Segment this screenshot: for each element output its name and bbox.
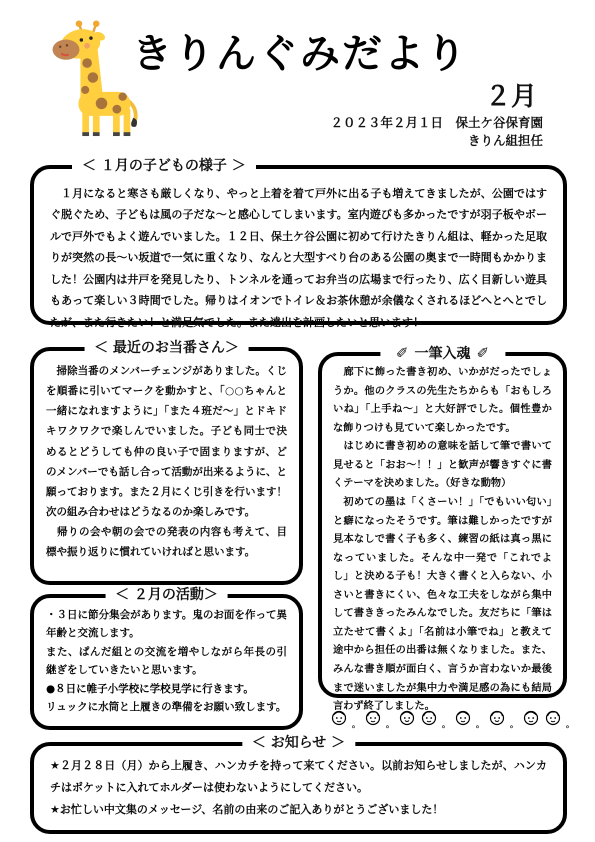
calligraphy-paragraph-1: 廊下に飾った書き初め、いかがだったでしょうか。他のクラスの先生たちからも「おもし… [333, 364, 552, 438]
pen-icon: ✐ [471, 344, 496, 362]
activities-line-1: ・３日に節分集会があります。鬼のお面を作って異年齢と交流します。 [46, 606, 287, 643]
duty-paragraph-1: 掃除当番のメンバーチェンジがありました。くじを順番に引いてマークを動かすと、「○… [46, 361, 287, 522]
child-face-icon [522, 708, 540, 726]
author-line: きりん組担任 [468, 131, 543, 149]
pen-icon: ✐ [390, 344, 415, 362]
section-february-activities: ＜ ２月の活動＞ ・３日に節分集会があります。鬼のお面を作って異年齢と交流します… [30, 594, 303, 730]
duty-paragraph-2: 帰りの会や朝の会での発表の内容も考えて、目標や振り返りに慣れていければと思います… [46, 522, 287, 562]
child-face-icon [330, 708, 348, 726]
stamp-dot: 。 [386, 719, 394, 730]
date-line: ２０２３年２月１日 保土ケ谷保育園 [330, 113, 543, 131]
activities-line-3: ●８日に帷子小学校に学校見学に行きます。 [46, 680, 287, 698]
section-duty: ＜ 最近のお当番さん＞ 掃除当番のメンバーチェンジがありました。くじを順番に引い… [30, 347, 303, 585]
section-january-report: ＜ １月の子どもの様子 ＞ １月になると寒さも厳しくなり、やっと上着を着て戸外に… [30, 165, 567, 325]
child-face-icon [488, 708, 506, 726]
section-heading-january: ＜ １月の子どもの様子 ＞ [72, 156, 256, 176]
notice-item-1: ★２月２８日（月）から上履き、ハンカチを持って来てください。以前お知らせしました… [50, 755, 547, 799]
section-heading-duty: ＜ 最近のお当番さん＞ [84, 338, 249, 358]
activities-line-2: また、ぱんだ組との交流を増やしながら年長の引継ぎをしていきたいと思います。 [46, 643, 287, 680]
stamp-dot: 。 [442, 719, 450, 730]
activities-line-4: リュックに水筒と上履きの準備をお願い致します。 [46, 698, 287, 716]
child-face-icon [364, 708, 382, 726]
section-calligraphy: ✐一筆入魂✐ 廊下に飾った書き初め、いかがだったでしょうか。他のクラスの先生たち… [318, 352, 567, 698]
section-heading-activities: ＜ ２月の活動＞ [105, 585, 228, 605]
child-face-icon [420, 708, 438, 726]
calligraphy-paragraph-2: はじめに書き初めの意味を話して筆で書いて見せると「おお～！！」と歓声が響きすぐに… [333, 438, 552, 494]
giraffe-illustration [42, 16, 138, 138]
stamp-dot: 。 [352, 719, 360, 730]
section-heading-notice: ＜ お知らせ ＞ [242, 733, 355, 753]
month-label: ２月 [485, 76, 537, 113]
child-face-icon [454, 708, 472, 726]
january-body-text: １月になると寒さも厳しくなり、やっと上着を着て戸外に出る子も増えてきましたが、公… [34, 169, 563, 333]
section-notice: ＜ お知らせ ＞ ★２月２８日（月）から上履き、ハンカチを持って来てください。以… [30, 742, 567, 834]
child-face-icon [398, 708, 416, 726]
page-title: きりんぐみだより [125, 22, 475, 79]
stamp-dot: 。 [476, 719, 484, 730]
notice-item-2: ★お忙しい中文集のメッセージ、名前の由来のご記入ありがとうございました！ [50, 799, 547, 821]
newsletter-page: きりんぐみだより ２月 ２０２３年２月１日 保土ケ谷保育園 きりん組担任 ＜ １… [0, 0, 595, 842]
child-face-icon [544, 708, 562, 726]
giraffe-muzzle [53, 40, 80, 60]
stamp-dot: 。 [510, 719, 518, 730]
calligraphy-heading-text: 一筆入魂 [415, 346, 471, 362]
stamp-dot: 。 [566, 719, 574, 730]
decorative-face-stamps: 。 。 。 。 。 。 [330, 704, 570, 730]
section-heading-calligraphy: ✐一筆入魂✐ [380, 343, 505, 364]
calligraphy-paragraph-3: 初めての墨は「くさーい！」「でもいい匂い」と癖になったそうです。筆は難しかったで… [333, 494, 552, 717]
